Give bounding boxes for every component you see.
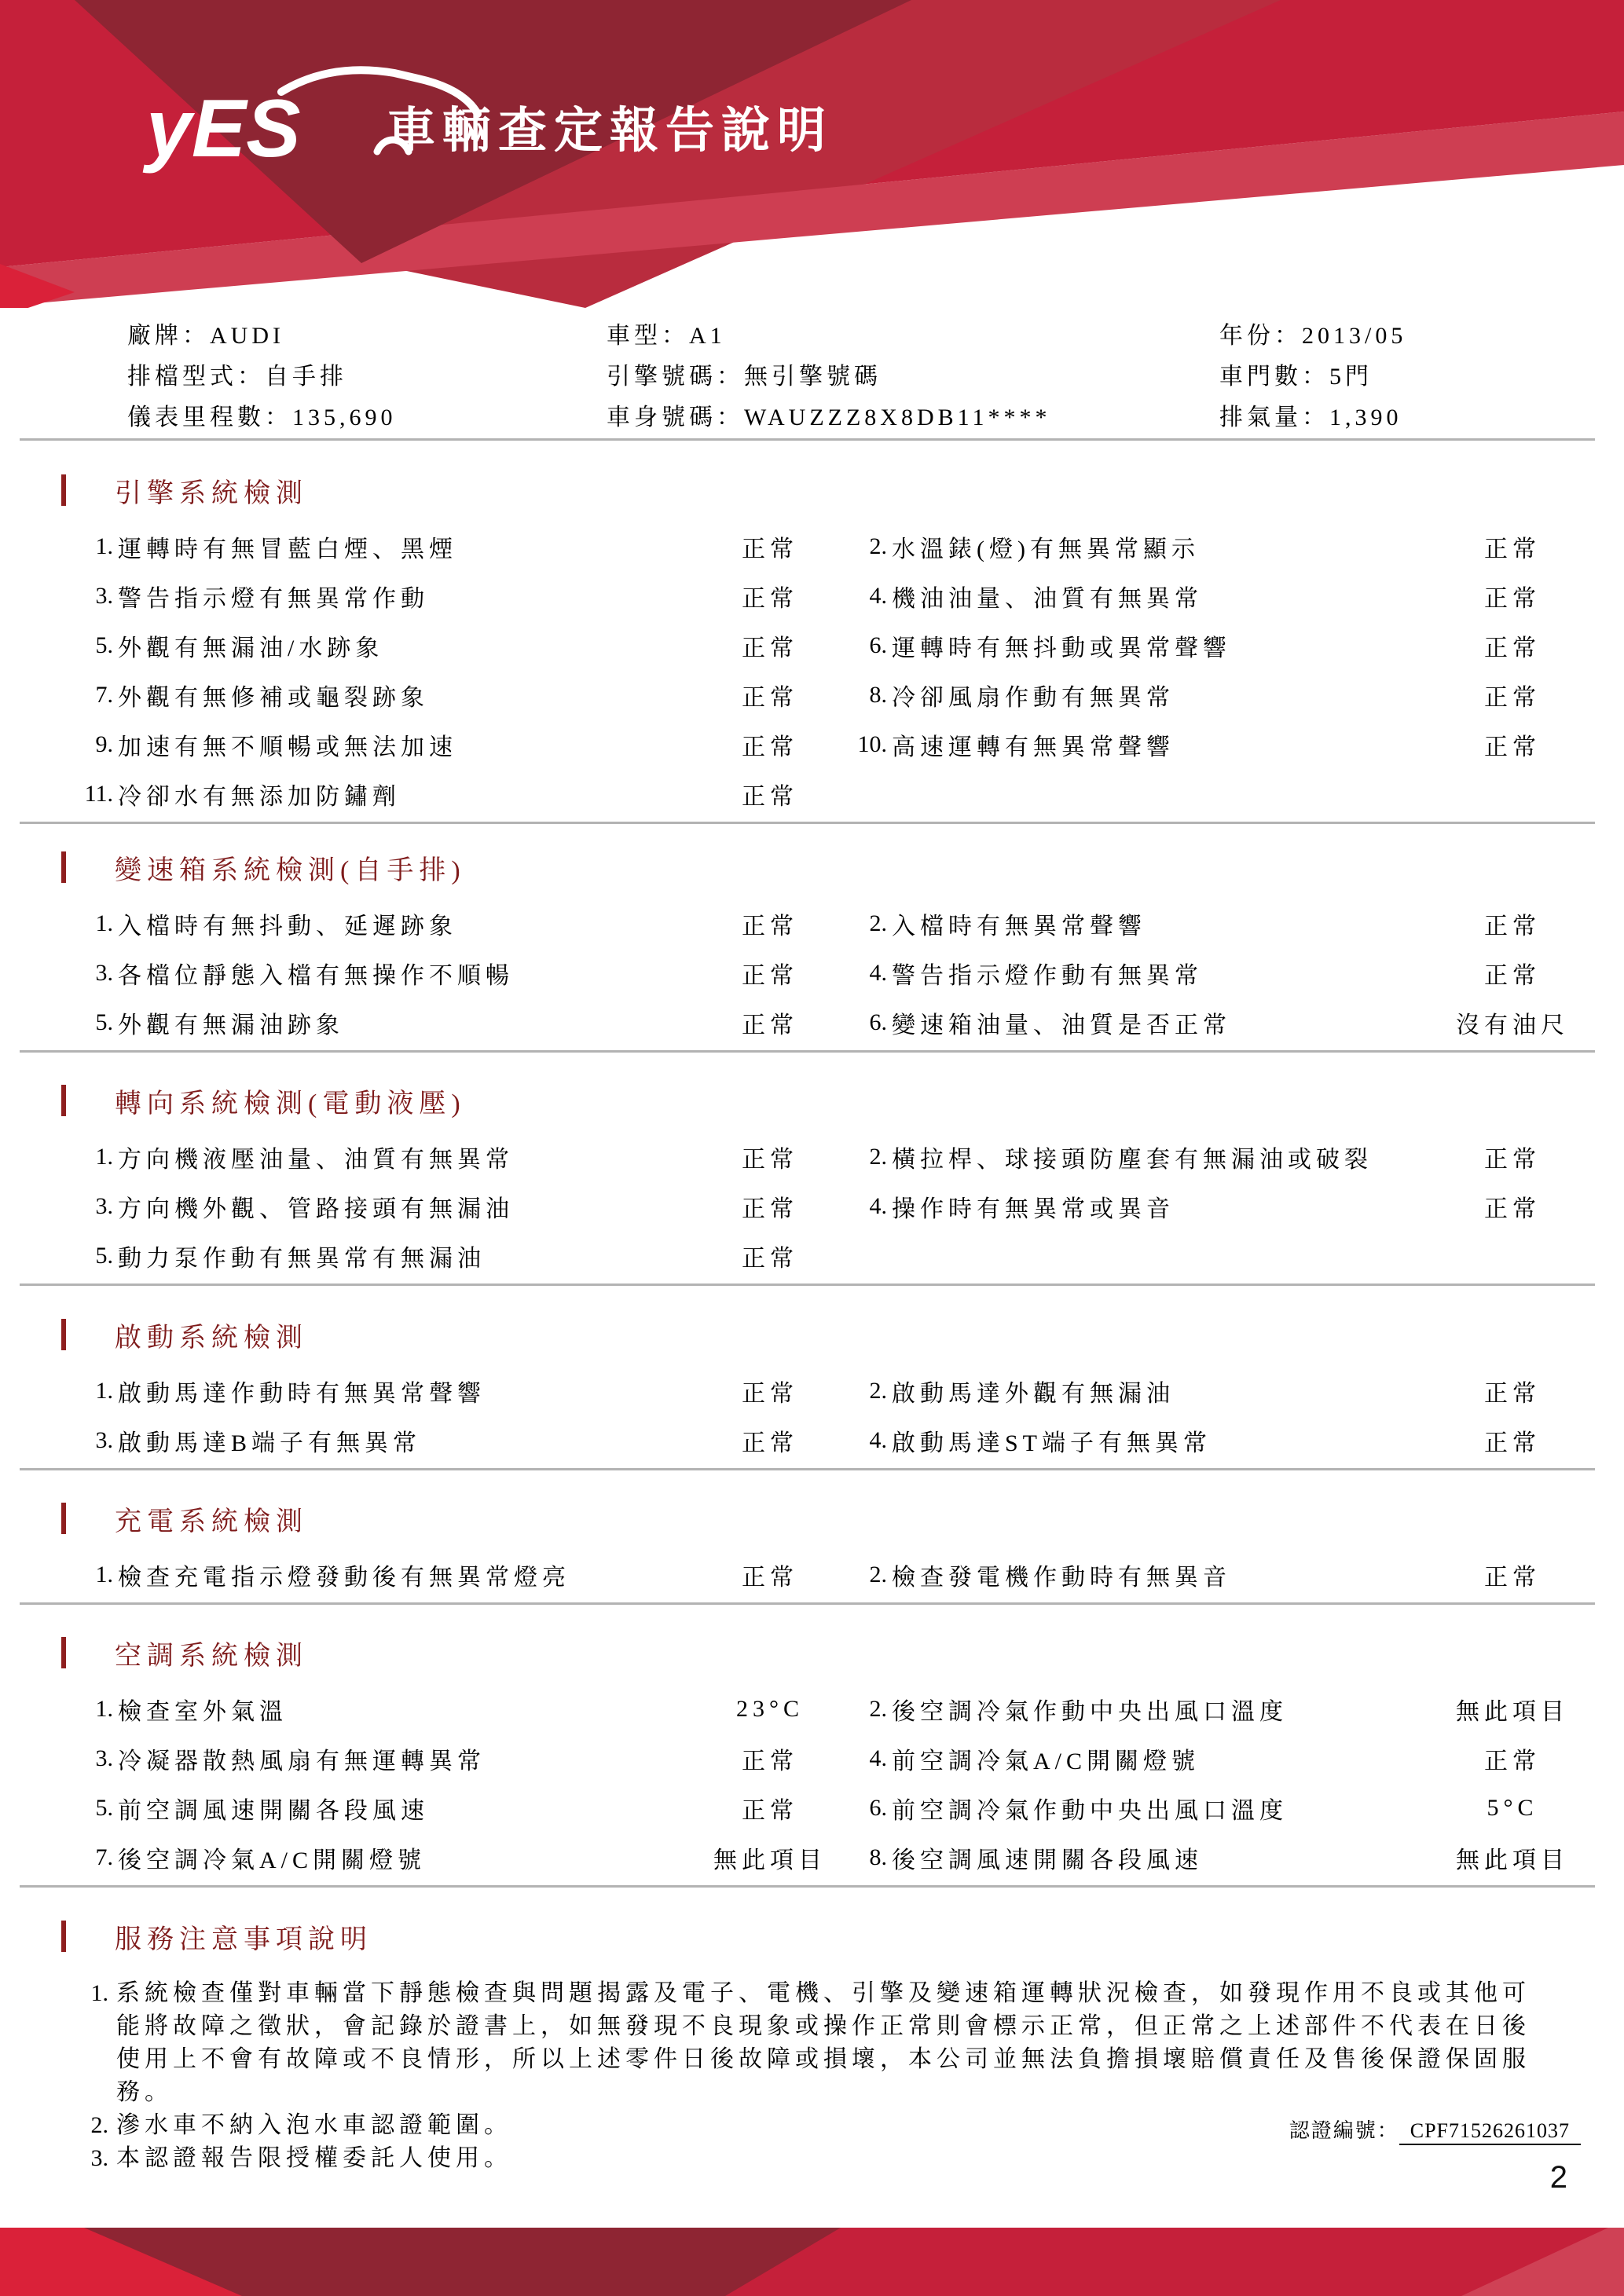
item-result: 正常: [1426, 906, 1599, 941]
item-result: 無此項目: [1426, 1692, 1599, 1727]
section-title-row: 啟動系統檢測: [61, 1316, 1624, 1353]
check-section: 啟動系統檢測1.啟動馬達作動時有無異常聲響正常2.啟動馬達外觀有無漏油正常3.啟…: [0, 1316, 1624, 1470]
item-result: 正常: [684, 529, 856, 564]
checklist-row: 3.啟動馬達B端子有無異常正常4.啟動馬達ST端子有無異常正常: [0, 1415, 1624, 1465]
item-result: 正常: [684, 906, 856, 941]
item-number: 8.: [856, 682, 892, 709]
item-text: 變速箱油量、油質是否正常: [892, 1005, 1426, 1040]
section-title: 引擎系統檢測: [115, 471, 308, 510]
item-result: 正常: [1426, 1374, 1599, 1408]
section-title-bar: [61, 1921, 66, 1952]
section-title-row: 變速箱系統檢測(自手排): [61, 848, 1624, 886]
item-result: 5°C: [1426, 1795, 1599, 1822]
checklist-row: 1.檢查室外氣溫23°C2.後空調冷氣作動中央出風口溫度無此項目: [0, 1684, 1624, 1734]
section-rows: 1.檢查充電指示燈發動後有無異常燈亮正常2.檢查發電機作動時有無異音正常: [0, 1550, 1624, 1599]
logo-text: yES: [142, 83, 301, 174]
item-text: 各檔位靜態入檔有無操作不順暢: [118, 956, 684, 991]
item-number: 5.: [82, 1009, 118, 1036]
field-label: 排氣量：: [1219, 405, 1329, 430]
item-result: 無此項目: [684, 1840, 856, 1875]
item-number: 5.: [82, 632, 118, 659]
note-item: 3.本認證報告限授權委託人使用。: [79, 2142, 1624, 2175]
section-title-row: 空調系統檢測: [61, 1634, 1624, 1672]
section-title-bar: [61, 1637, 66, 1668]
item-number: 3.: [82, 960, 118, 987]
check-section: 轉向系統檢測(電動液壓)1.方向機液壓油量、油質有無異常正常2.橫拉桿、球接頭防…: [0, 1082, 1624, 1286]
item-number: 9.: [82, 731, 118, 758]
item-number: 2.: [856, 1696, 892, 1723]
checklist-row: 1.啟動馬達作動時有無異常聲響正常2.啟動馬達外觀有無漏油正常: [0, 1366, 1624, 1415]
sections: 引擎系統檢測1.運轉時有無冒藍白煙、黑煙正常2.水溫錶(燈)有無異常顯示正常3.…: [0, 438, 1624, 2175]
checklist-row: 5.動力泵作動有無異常有無漏油正常: [0, 1231, 1624, 1280]
checklist-row: 5.外觀有無漏油/水跡象正常6.運轉時有無抖動或異常聲響正常: [0, 621, 1624, 670]
divider-line: [20, 1050, 1595, 1053]
divider-line: [20, 1602, 1595, 1605]
field-value: 135,690: [292, 405, 397, 430]
item-text: 外觀有無漏油/水跡象: [118, 628, 684, 663]
item-text: 冷卻水有無添加防鏽劑: [118, 777, 684, 811]
item-text: 運轉時有無抖動或異常聲響: [892, 628, 1426, 663]
field-label: 引擎號碼：: [607, 364, 744, 390]
check-section: 變速箱系統檢測(自手排)1.入檔時有無抖動、延遲跡象正常2.入檔時有無異常聲響正…: [0, 848, 1624, 1053]
checklist-row: 3.方向機外觀、管路接頭有無漏油正常4.操作時有無異常或異音正常: [0, 1181, 1624, 1231]
item-result: 正常: [684, 1558, 856, 1592]
section-title: 啟動系統檢測: [115, 1316, 308, 1354]
checklist-row: 1.檢查充電指示燈發動後有無異常燈亮正常2.檢查發電機作動時有無異音正常: [0, 1550, 1624, 1599]
item-text: 後空調冷氣作動中央出風口溫度: [892, 1692, 1426, 1727]
field-value: 5門: [1329, 364, 1373, 390]
checklist-row: 11.冷卻水有無添加防鏽劑正常: [0, 769, 1624, 818]
field-label: 車身號碼：: [607, 405, 744, 430]
vehicle-info-field: 年份：2013/05: [1219, 316, 1406, 357]
item-number: 7.: [82, 682, 118, 709]
item-text: 外觀有無修補或龜裂跡象: [118, 678, 684, 712]
section-title-bar: [61, 851, 66, 883]
item-text: 方向機外觀、管路接頭有無漏油: [118, 1189, 684, 1224]
certificate-label: 認證編號：: [1289, 2119, 1399, 2142]
item-number: 1.: [82, 1144, 118, 1170]
section-rows: 1.方向機液壓油量、油質有無異常正常2.橫拉桿、球接頭防塵套有無漏油或破裂正常3…: [0, 1132, 1624, 1280]
checklist-row: 7.外觀有無修補或龜裂跡象正常8.冷卻風扇作動有無異常正常: [0, 670, 1624, 720]
item-result: 正常: [684, 1239, 856, 1273]
service-notes-list: 1.系統檢查僅對車輛當下靜態檢查與問題揭露及電子、電機、引擎及變速箱運轉狀況檢查…: [0, 1977, 1624, 2175]
vehicle-info-field: 排氣量：1,390: [1219, 397, 1406, 438]
item-result: 沒有油尺: [1426, 1005, 1599, 1040]
item-number: 3.: [82, 1193, 118, 1220]
item-result: 正常: [1426, 1189, 1599, 1224]
field-label: 車型：: [607, 323, 689, 349]
section-title: 空調系統檢測: [115, 1634, 308, 1672]
item-number: 4.: [856, 583, 892, 610]
section-title-row: 轉向系統檢測(電動液壓): [61, 1082, 1624, 1119]
field-label: 廠牌：: [127, 323, 210, 349]
item-number: 6.: [856, 1795, 892, 1822]
item-number: 10.: [856, 731, 892, 758]
field-value: 自手排: [265, 364, 347, 390]
section-title-row: 充電系統檢測: [61, 1500, 1624, 1537]
checklist-row: 5.外觀有無漏油跡象正常6.變速箱油量、油質是否正常沒有油尺: [0, 998, 1624, 1047]
item-text: 外觀有無漏油跡象: [118, 1005, 684, 1040]
page-number: 2: [1550, 2160, 1567, 2195]
item-number: 5.: [82, 1243, 118, 1269]
item-result: 正常: [684, 1189, 856, 1224]
item-text: 加速有無不順暢或無法加速: [118, 727, 684, 762]
vehicle-info-field: 引擎號碼：無引擎號碼: [607, 357, 1051, 397]
item-number: 1.: [82, 533, 118, 560]
item-text: 冷凝器散熱風扇有無運轉異常: [118, 1741, 684, 1776]
item-text: 水溫錶(燈)有無異常顯示: [892, 529, 1426, 564]
item-result: 正常: [1426, 529, 1599, 564]
checklist-row: 3.冷凝器散熱風扇有無運轉異常正常4.前空調冷氣A/C開關燈號正常: [0, 1734, 1624, 1783]
divider-line: [20, 1468, 1595, 1470]
item-text: 前空調冷氣A/C開關燈號: [892, 1741, 1426, 1776]
vehicle-info-column: 廠牌：AUDI排檔型式：自手排儀表里程數：135,690: [127, 316, 397, 438]
item-result: 正常: [1426, 727, 1599, 762]
item-result: 正常: [684, 1423, 856, 1458]
item-text: 檢查充電指示燈發動後有無異常燈亮: [118, 1558, 684, 1592]
item-text: 後空調冷氣A/C開關燈號: [118, 1840, 684, 1875]
field-label: 年份：: [1219, 323, 1302, 349]
section-title: 充電系統檢測: [115, 1500, 308, 1538]
item-text: 啟動馬達外觀有無漏油: [892, 1374, 1426, 1408]
note-number: 2.: [79, 2109, 116, 2142]
service-notes-title-row: 服務注意事項說明: [61, 1917, 1624, 1955]
section-title-bar: [61, 1319, 66, 1350]
item-number: 2.: [856, 1144, 892, 1170]
header-banner: yES 車輛查定報告說明: [0, 0, 1624, 308]
item-result: 正常: [684, 1741, 856, 1776]
item-text: 警告指示燈作動有無異常: [892, 956, 1426, 991]
item-result: 正常: [684, 579, 856, 613]
certificate-value: CPF71526261037: [1399, 2119, 1581, 2145]
footer-banner: [0, 2228, 1624, 2296]
item-result: 無此項目: [1426, 1840, 1599, 1875]
section-rows: 1.啟動馬達作動時有無異常聲響正常2.啟動馬達外觀有無漏油正常3.啟動馬達B端子…: [0, 1366, 1624, 1465]
section-title-bar: [61, 474, 66, 506]
divider-line: [20, 1885, 1595, 1888]
item-result: 正常: [1426, 956, 1599, 991]
field-label: 儀表里程數：: [127, 405, 292, 430]
vehicle-info-column: 車型：A1引擎號碼：無引擎號碼車身號碼：WAUZZZ8X8DB11****: [607, 316, 1051, 438]
section-title-bar: [61, 1503, 66, 1534]
item-number: 4.: [856, 1745, 892, 1772]
section-rows: 1.檢查室外氣溫23°C2.後空調冷氣作動中央出風口溫度無此項目3.冷凝器散熱風…: [0, 1684, 1624, 1882]
item-number: 2.: [856, 533, 892, 560]
vehicle-info: 廠牌：AUDI排檔型式：自手排儀表里程數：135,690車型：A1引擎號碼：無引…: [0, 316, 1624, 441]
section-title: 轉向系統檢測(電動液壓): [115, 1082, 466, 1120]
item-text: 前空調冷氣作動中央出風口溫度: [892, 1791, 1426, 1825]
divider-line: [20, 1283, 1595, 1286]
field-value: 無引擎號碼: [744, 364, 882, 390]
item-result: 正常: [684, 1791, 856, 1825]
item-text: 入檔時有無異常聲響: [892, 906, 1426, 941]
item-number: 3.: [82, 1427, 118, 1454]
field-value: A1: [689, 323, 726, 349]
note-text: 系統檢查僅對車輛當下靜態檢查與問題揭露及電子、電機、引擎及變速箱運轉狀況檢查，如…: [116, 1977, 1540, 2109]
item-text: 後空調風速開關各段風速: [892, 1840, 1426, 1875]
vehicle-info-field: 廠牌：AUDI: [127, 316, 397, 357]
checklist-row: 3.各檔位靜態入檔有無操作不順暢正常4.警告指示燈作動有無異常正常: [0, 948, 1624, 998]
page-title: 車輛查定報告說明: [387, 91, 833, 161]
item-result: 正常: [684, 1140, 856, 1174]
field-value: WAUZZZ8X8DB11****: [744, 405, 1051, 430]
field-label: 車門數：: [1219, 364, 1329, 390]
item-text: 前空調風速開關各段風速: [118, 1791, 684, 1825]
check-section: 空調系統檢測1.檢查室外氣溫23°C2.後空調冷氣作動中央出風口溫度無此項目3.…: [0, 1634, 1624, 1888]
item-number: 6.: [856, 1009, 892, 1036]
check-section: 引擎系統檢測1.運轉時有無冒藍白煙、黑煙正常2.水溫錶(燈)有無異常顯示正常3.…: [0, 471, 1624, 824]
checklist-row: 9.加速有無不順暢或無法加速正常10.高速運轉有無異常聲響正常: [0, 720, 1624, 769]
item-number: 2.: [856, 1562, 892, 1588]
item-number: 7.: [82, 1844, 118, 1871]
section-title: 變速箱系統檢測(自手排): [115, 848, 466, 887]
vehicle-info-field: 儀表里程數：135,690: [127, 397, 397, 438]
item-result: 正常: [1426, 579, 1599, 613]
section-rows: 1.入檔時有無抖動、延遲跡象正常2.入檔時有無異常聲響正常3.各檔位靜態入檔有無…: [0, 899, 1624, 1047]
note-item: 1.系統檢查僅對車輛當下靜態檢查與問題揭露及電子、電機、引擎及變速箱運轉狀況檢查…: [79, 1977, 1624, 2109]
vehicle-info-field: 車型：A1: [607, 316, 1051, 357]
item-result: 正常: [1426, 1423, 1599, 1458]
item-result: 正常: [1426, 628, 1599, 663]
section-title-row: 引擎系統檢測: [61, 471, 1624, 509]
item-result: 正常: [1426, 678, 1599, 712]
divider-line: [20, 438, 1595, 441]
item-text: 機油油量、油質有無異常: [892, 579, 1426, 613]
item-number: 1.: [82, 1378, 118, 1404]
item-number: 6.: [856, 632, 892, 659]
item-text: 入檔時有無抖動、延遲跡象: [118, 906, 684, 941]
item-number: 4.: [856, 1193, 892, 1220]
field-label: 排檔型式：: [127, 364, 265, 390]
item-text: 動力泵作動有無異常有無漏油: [118, 1239, 684, 1273]
item-text: 橫拉桿、球接頭防塵套有無漏油或破裂: [892, 1140, 1426, 1174]
item-text: 啟動馬達作動時有無異常聲響: [118, 1374, 684, 1408]
item-number: 4.: [856, 960, 892, 987]
item-number: 3.: [82, 1745, 118, 1772]
item-result: 正常: [684, 628, 856, 663]
item-number: 1.: [82, 1562, 118, 1588]
checklist-row: 5.前空調風速開關各段風速正常6.前空調冷氣作動中央出風口溫度5°C: [0, 1783, 1624, 1833]
checklist-row: 7.後空調冷氣A/C開關燈號無此項目8.後空調風速開關各段風速無此項目: [0, 1833, 1624, 1882]
item-text: 啟動馬達B端子有無異常: [118, 1423, 684, 1458]
item-number: 1.: [82, 910, 118, 937]
divider-line: [20, 822, 1595, 824]
item-number: 2.: [856, 910, 892, 937]
item-result: 正常: [1426, 1558, 1599, 1592]
field-value: 1,390: [1329, 405, 1402, 430]
item-result: 正常: [684, 777, 856, 811]
section-rows: 1.運轉時有無冒藍白煙、黑煙正常2.水溫錶(燈)有無異常顯示正常3.警告指示燈有…: [0, 522, 1624, 818]
item-text: 檢查室外氣溫: [118, 1692, 684, 1727]
item-text: 高速運轉有無異常聲響: [892, 727, 1426, 762]
item-result: 正常: [684, 956, 856, 991]
checklist-row: 1.入檔時有無抖動、延遲跡象正常2.入檔時有無異常聲響正常: [0, 899, 1624, 948]
item-text: 警告指示燈有無異常作動: [118, 579, 684, 613]
service-notes-title: 服務注意事項說明: [115, 1917, 372, 1956]
item-result: 正常: [1426, 1140, 1599, 1174]
item-result: 正常: [1426, 1741, 1599, 1776]
check-section: 充電系統檢測1.檢查充電指示燈發動後有無異常燈亮正常2.檢查發電機作動時有無異音…: [0, 1500, 1624, 1605]
item-number: 1.: [82, 1696, 118, 1723]
field-value: AUDI: [210, 323, 284, 349]
item-number: 3.: [82, 583, 118, 610]
note-text: 本認證報告限授權委託人使用。: [116, 2142, 1540, 2175]
item-number: 5.: [82, 1795, 118, 1822]
checklist-row: 3.警告指示燈有無異常作動正常4.機油油量、油質有無異常正常: [0, 571, 1624, 621]
vehicle-info-field: 排檔型式：自手排: [127, 357, 397, 397]
item-number: 2.: [856, 1378, 892, 1404]
checklist-row: 1.運轉時有無冒藍白煙、黑煙正常2.水溫錶(燈)有無異常顯示正常: [0, 522, 1624, 571]
note-number: 3.: [79, 2142, 116, 2175]
vehicle-info-field: 車門數：5門: [1219, 357, 1406, 397]
item-number: 8.: [856, 1844, 892, 1871]
item-text: 運轉時有無冒藍白煙、黑煙: [118, 529, 684, 564]
item-result: 正常: [684, 678, 856, 712]
item-result: 正常: [684, 727, 856, 762]
field-value: 2013/05: [1302, 323, 1406, 349]
section-title-bar: [61, 1085, 66, 1116]
certificate-number: 認證編號：CPF71526261037: [1289, 2115, 1581, 2144]
item-text: 啟動馬達ST端子有無異常: [892, 1423, 1426, 1458]
item-result: 正常: [684, 1374, 856, 1408]
item-text: 檢查發電機作動時有無異音: [892, 1558, 1426, 1592]
checklist-row: 1.方向機液壓油量、油質有無異常正常2.橫拉桿、球接頭防塵套有無漏油或破裂正常: [0, 1132, 1624, 1181]
sections-container: 引擎系統檢測1.運轉時有無冒藍白煙、黑煙正常2.水溫錶(燈)有無異常顯示正常3.…: [0, 471, 1624, 1888]
item-number: 4.: [856, 1427, 892, 1454]
item-text: 操作時有無異常或異音: [892, 1189, 1426, 1224]
vehicle-info-field: 車身號碼：WAUZZZ8X8DB11****: [607, 397, 1051, 438]
item-number: 11.: [82, 781, 118, 807]
vehicle-info-column: 年份：2013/05車門數：5門排氣量：1,390: [1219, 316, 1406, 438]
note-number: 1.: [79, 1977, 116, 2109]
item-text: 冷卻風扇作動有無異常: [892, 678, 1426, 712]
item-result: 正常: [684, 1005, 856, 1040]
item-result: 23°C: [684, 1696, 856, 1723]
item-text: 方向機液壓油量、油質有無異常: [118, 1140, 684, 1174]
